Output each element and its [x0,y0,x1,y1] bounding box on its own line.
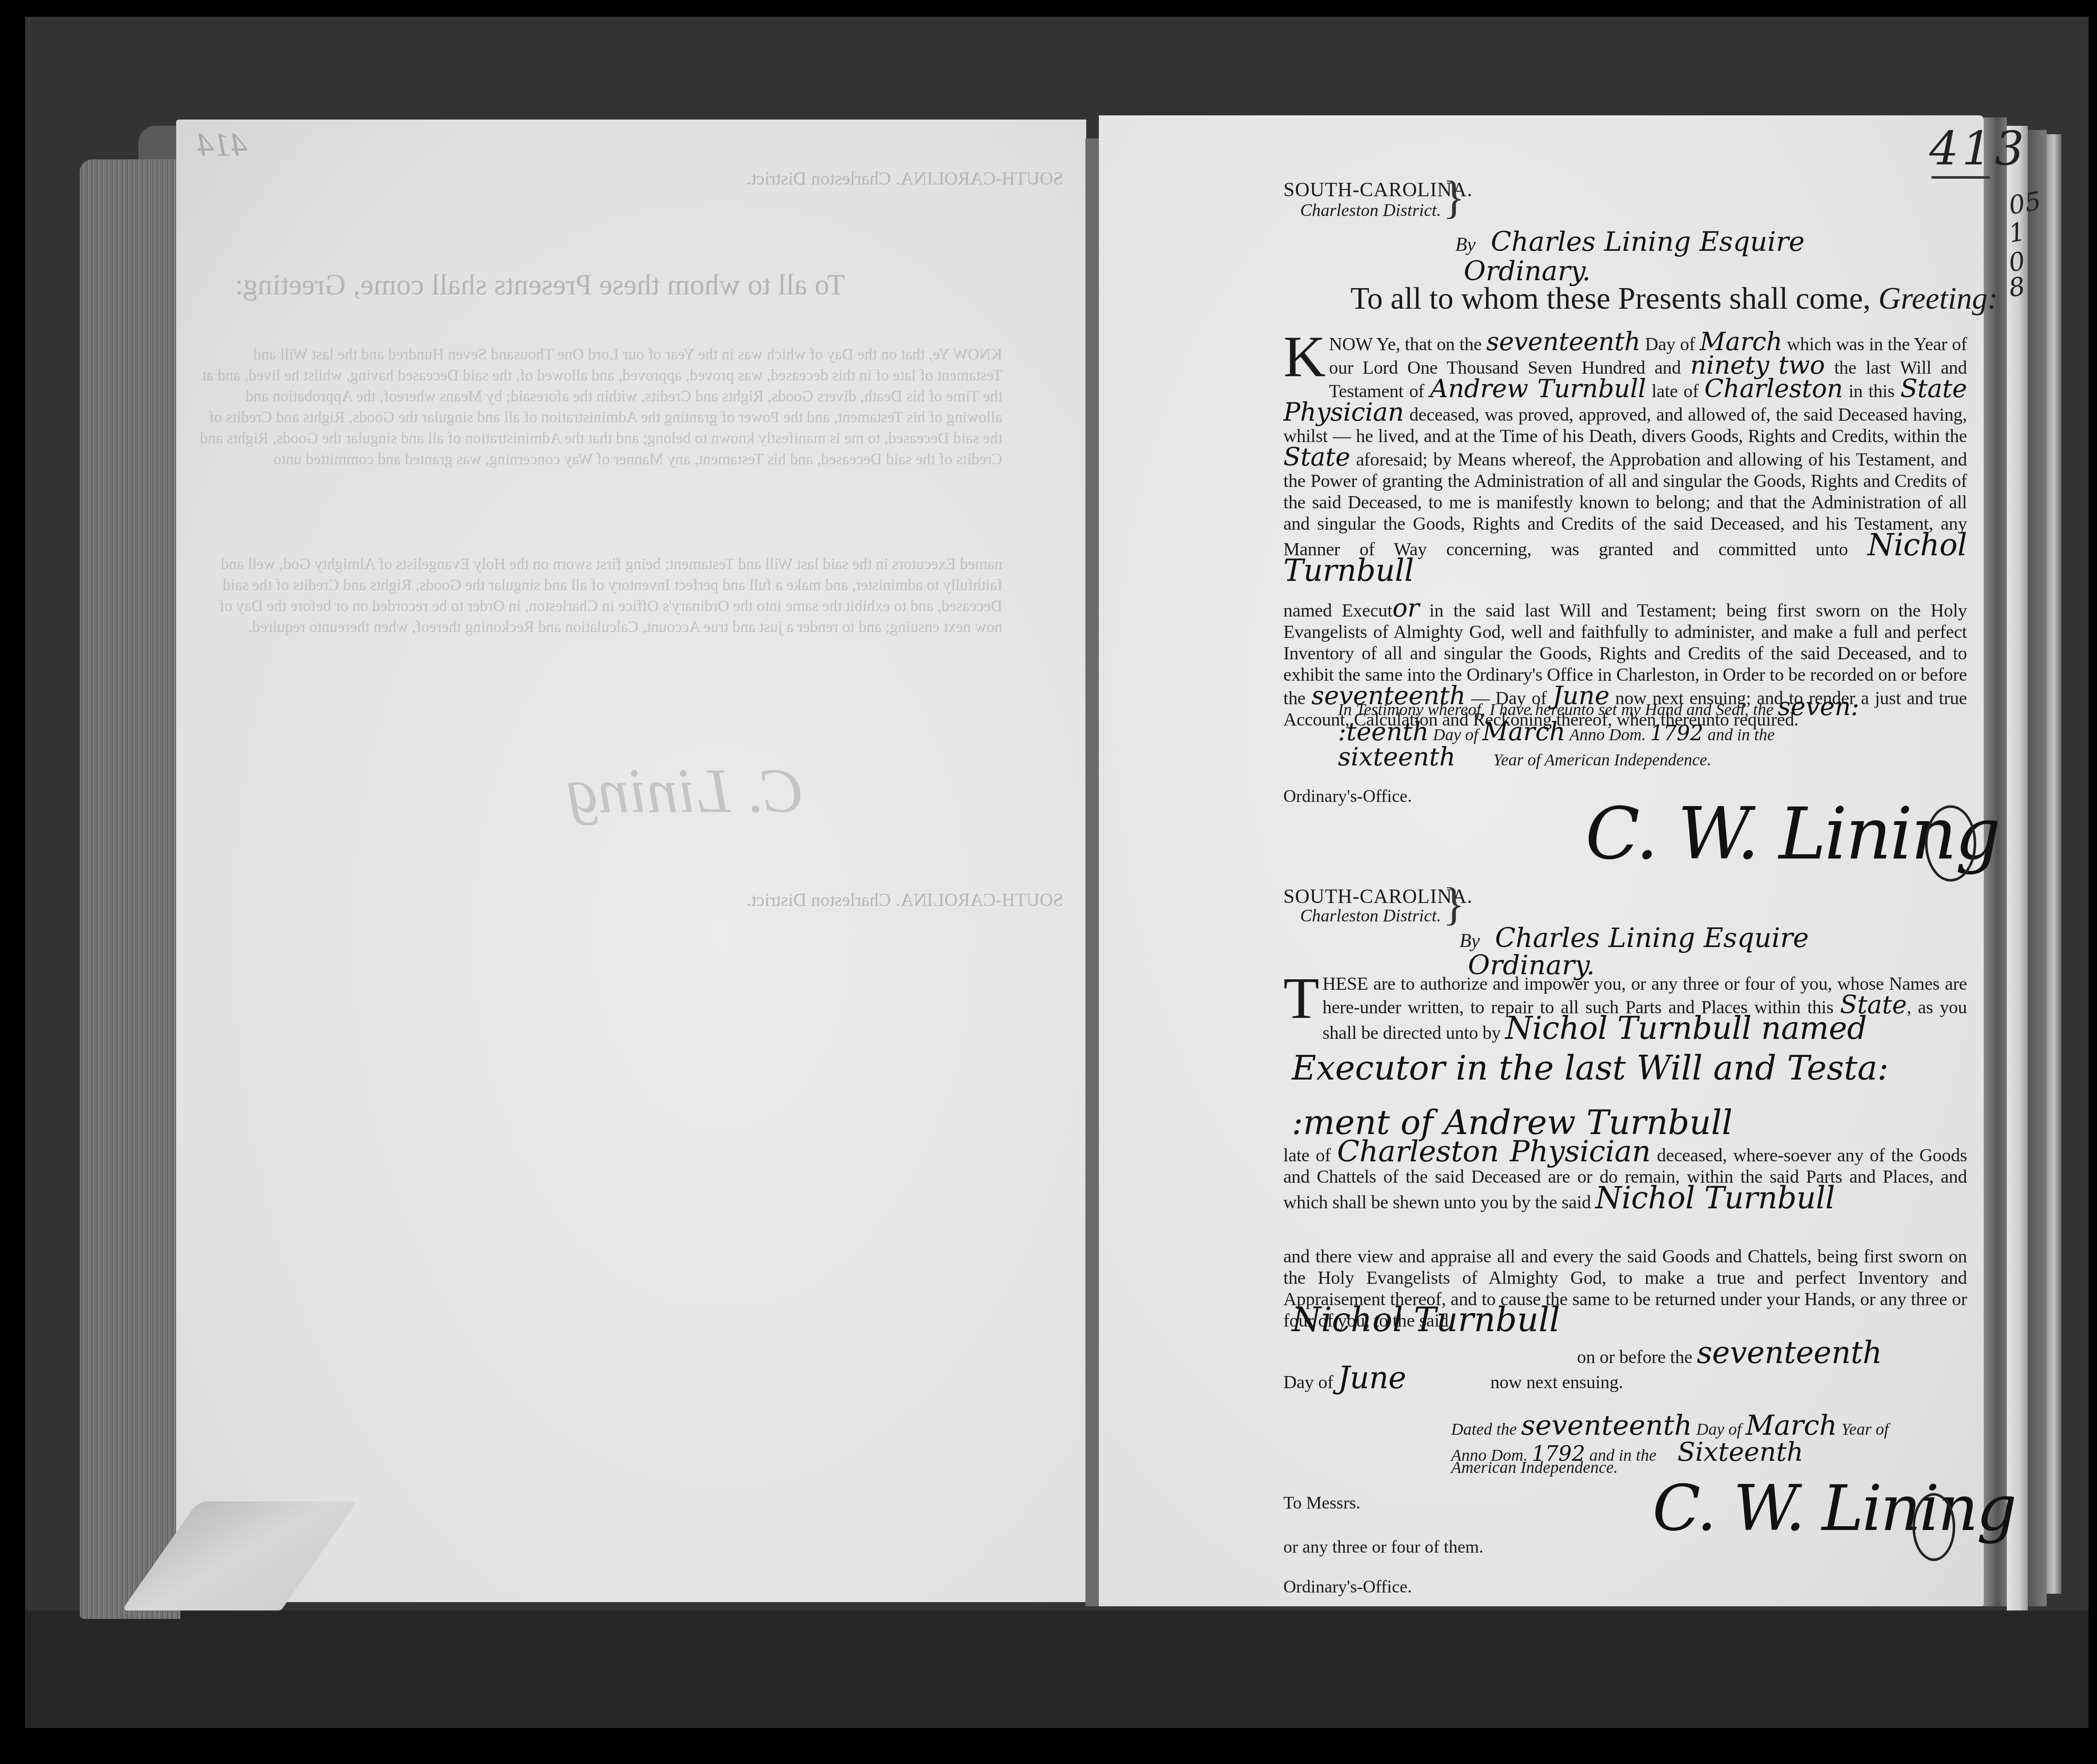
day-fill: seventeenth [1486,327,1641,356]
page-number: 413 [1929,122,2027,175]
testimony-line-3: sixteenth Year of American Independence. [1338,742,1711,772]
seal-icon [1925,805,1976,882]
or-any-label: or any three or four of them. [1283,1537,1483,1557]
text: In Testimony whereof, I have hereunto se… [1338,700,1774,719]
text: Day of [1433,725,1478,744]
by-label: By [1460,930,1480,951]
on-or-before-line: on or before the seventeenth [1577,1342,1882,1368]
left-page-number-ghost: 414 [197,126,247,164]
text: aforesaid; by Means whereof, the Approba… [1283,449,1967,559]
text: in this [1849,381,1895,401]
text: named Execut [1283,600,1392,621]
executor-named-fill: Nichol Turnbull named [1505,1010,1867,1046]
day-fill: seventeenth [1697,1335,1882,1370]
right-page-stack-edge-2 [2007,126,2028,1610]
district-header: Charleston District. [1283,200,1441,221]
text: Day of [1645,334,1695,354]
place-occupation-fill: Charleston Physician [1337,1134,1651,1168]
book-gutter [1085,138,1101,1606]
independence-year-fill: Sixteenth [1677,1436,1803,1467]
by-line: By Charles Lining Esquire [1455,226,1805,258]
text: late of [1652,381,1699,401]
brace-icon: } [1443,174,1465,220]
text: Anno Dom. [1569,725,1646,744]
text: Day of [1696,1420,1742,1439]
text: Day of [1283,1372,1333,1392]
to-messrs-label: To Messrs. [1283,1493,1361,1513]
ordinary-office-label: Ordinary's-Office. [1283,786,1412,807]
left-ghost-paragraph-2: named Executors in the said last Will an… [193,554,1002,679]
day-fill-a: seven: [1778,692,1860,721]
left-page [176,120,1086,1602]
independence-year-fill: sixteenth [1338,742,1455,772]
ordinary-name-fill: Charles Lining Esquire [1491,226,1805,258]
text: late of [1283,1145,1331,1166]
executor-line-fill: Executor in the last Will and Testa: [1292,1049,1889,1088]
text: and in the [1707,725,1774,744]
dropcap-k: K [1283,334,1326,380]
dated-line-3: American Independence. [1451,1457,1618,1477]
text: NOW Ye, that on the [1329,334,1482,354]
wa-paragraph-1b: late of Charleston Physician deceased, w… [1283,1141,1967,1213]
seal-icon [1912,1493,1955,1561]
month-fill: June [1338,1360,1406,1395]
text: Year of [1841,1420,1889,1439]
district-header: Charleston District. [1283,906,1441,926]
edge-mark: 05 [2007,186,2043,221]
year-fill: 1792 [1650,721,1703,745]
text: now next ensuing. [1491,1372,1623,1392]
lt-paragraph-1: K NOW Ye, that on the seventeenth Day of… [1283,331,1967,585]
text: on or before the [1577,1347,1692,1367]
left-ghost-paragraph-1: KNOW Ye, that on the Day of which was in… [193,344,1002,520]
jurisdiction-fill-2: State [1283,442,1350,472]
left-page-stack-edge [80,159,180,1619]
left-ghost-signature: C. Lining [566,755,804,827]
occupation-fill: Physician [1283,398,1404,427]
scan-bottom-border [21,1732,2097,1764]
by-label: By [1455,234,1476,255]
by-line: By Charles Lining Esquire [1460,923,1809,954]
left-ghost-header: SOUTH-CAROLINA. Charleston District. [747,168,1063,189]
greeting-word: Greeting: [1878,281,1998,316]
page-number-underline [1931,176,1990,179]
executor-fill: Nichol Turnbull [1292,1300,1560,1339]
left-ghost-title: To all to whom these Presents shall come… [235,268,845,302]
executor-suffix-fill: or [1392,593,1419,623]
day-of-line: Day of June now next ensuing. [1283,1367,1623,1393]
ordinary-name-fill: Charles Lining Esquire [1495,923,1809,954]
ordinary-office-label: Ordinary's-Office. [1283,1577,1412,1597]
dropcap-t: T [1283,976,1319,1022]
jurisdiction-fill: State [1900,374,1967,403]
testator-fill: Andrew Turnbull [1430,374,1646,403]
text: Dated the [1451,1420,1517,1439]
greeting-line: To all to whom these Presents shall come… [1350,281,1998,317]
scan-bottom-shadow [25,1610,2089,1728]
greeting-prefix: To all to whom these Presents shall come… [1350,281,1871,316]
left-ghost-header-2: SOUTH-CAROLINA. Charleston District. [747,889,1063,911]
signature-lining: C. W. Lining [1652,1472,2015,1545]
right-page-stack-edge-3 [2028,130,2047,1606]
text: Year of American Independence. [1493,750,1711,769]
executor-fill: Nichol Turnbull [1595,1180,1835,1215]
right-page-stack-edge-4 [2047,134,2061,1594]
place-fill: Charleston [1704,374,1843,403]
wa-paragraph-1: T HESE are to authorize and impower you,… [1283,973,1967,1043]
brace-icon: } [1443,881,1465,927]
